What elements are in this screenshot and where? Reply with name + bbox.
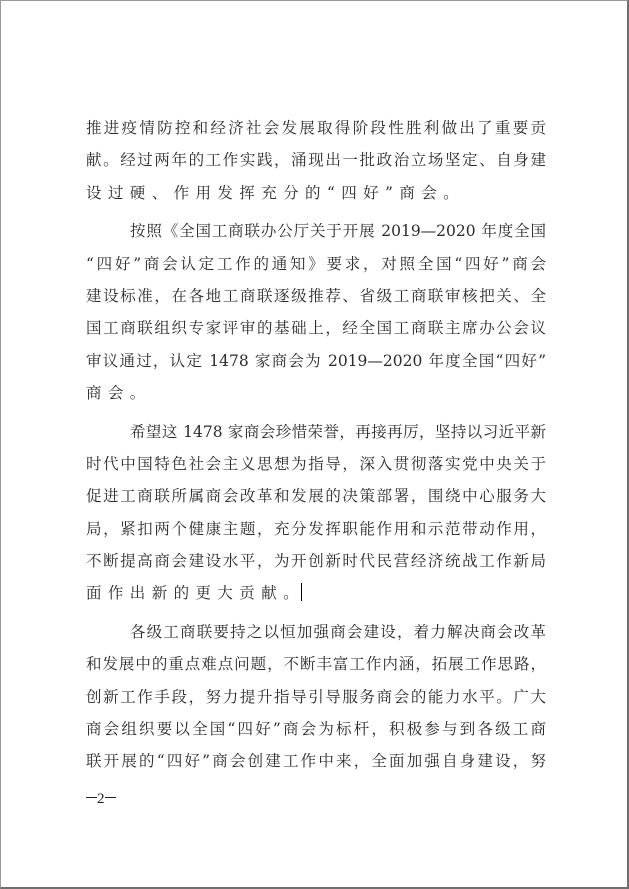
page-number-value: 2 bbox=[97, 791, 105, 807]
document-page: 推进疫情防控和经济社会发展取得阶段性胜利做出了重要贡 献。经过两年的工作实践，涌… bbox=[0, 0, 629, 889]
paragraph-3: 希望这 1478 家商会珍惜荣誉，再接再厉，坚持以习近平新 时代中国特色社会主义… bbox=[86, 416, 556, 610]
text-line: 各级工商联要持之以恒加强商会建设，着力解决商会改革 bbox=[86, 616, 546, 648]
text-line: 面作出新的更大贡献。 bbox=[86, 584, 305, 602]
text-line: 时代中国特色社会主义思想为指导，深入贯彻落实党中央关于 bbox=[86, 448, 546, 480]
text-line: 创新工作手段，努力提升指导引导服务商会的能力水平。广大 bbox=[86, 681, 546, 713]
text-cursor bbox=[301, 583, 302, 601]
text-line: 商会。 bbox=[86, 377, 546, 409]
text-line: 商会组织要以全国“四好”商会为标杆，积极参与到各级工商 bbox=[86, 713, 546, 745]
dash-left bbox=[86, 797, 97, 798]
text-line: 不断提高商会建设水平，为开创新时代民营经济统战工作新局 bbox=[86, 545, 546, 577]
text-line: 推进疫情防控和经济社会发展取得阶段性胜利做出了重要贡 bbox=[86, 112, 546, 144]
document-body[interactable]: 推进疫情防控和经济社会发展取得阶段性胜利做出了重要贡 献。经过两年的工作实践，涌… bbox=[86, 112, 556, 784]
dash-right bbox=[105, 797, 116, 798]
text-line: 促进工商联所属商会改革和发展的决策部署，围绕中心服务大 bbox=[86, 480, 546, 512]
text-line-with-caret: 面作出新的更大贡献。 bbox=[86, 577, 546, 609]
paragraph-1: 推进疫情防控和经济社会发展取得阶段性胜利做出了重要贡 献。经过两年的工作实践，涌… bbox=[86, 112, 556, 209]
page-number: 2 bbox=[86, 791, 116, 808]
text-line: 按照《全国工商联办公厅关于开展 2019—2020 年度全国 bbox=[86, 215, 546, 247]
text-line: “四好”商会认定工作的通知》要求，对照全国“四好”商会 bbox=[86, 248, 546, 280]
text-line: 联开展的“四好”商会创建工作中来，全面加强自身建设，努 bbox=[86, 745, 546, 777]
paragraph-2: 按照《全国工商联办公厅关于开展 2019—2020 年度全国 “四好”商会认定工… bbox=[86, 215, 556, 409]
text-line: 希望这 1478 家商会珍惜荣誉，再接再厉，坚持以习近平新 bbox=[86, 416, 546, 448]
text-line: 建设标准，在各地工商联逐级推荐、省级工商联审核把关、全 bbox=[86, 280, 546, 312]
text-line: 审议通过，认定 1478 家商会为 2019—2020 年度全国“四好” bbox=[86, 345, 546, 377]
text-line: 和发展中的重点难点问题，不断丰富工作内涵，拓展工作思路， bbox=[86, 648, 546, 680]
text-line: 设过硬、作用发挥充分的“四好”商会。 bbox=[86, 177, 546, 209]
text-line: 献。经过两年的工作实践，涌现出一批政治立场坚定、自身建 bbox=[86, 144, 546, 176]
text-line: 国工商联组织专家评审的基础上，经全国工商联主席办公会议 bbox=[86, 312, 546, 344]
text-line: 局，紧扣两个健康主题，充分发挥职能作用和示范带动作用， bbox=[86, 513, 546, 545]
paragraph-4: 各级工商联要持之以恒加强商会建设，着力解决商会改革 和发展中的重点难点问题，不断… bbox=[86, 616, 556, 778]
